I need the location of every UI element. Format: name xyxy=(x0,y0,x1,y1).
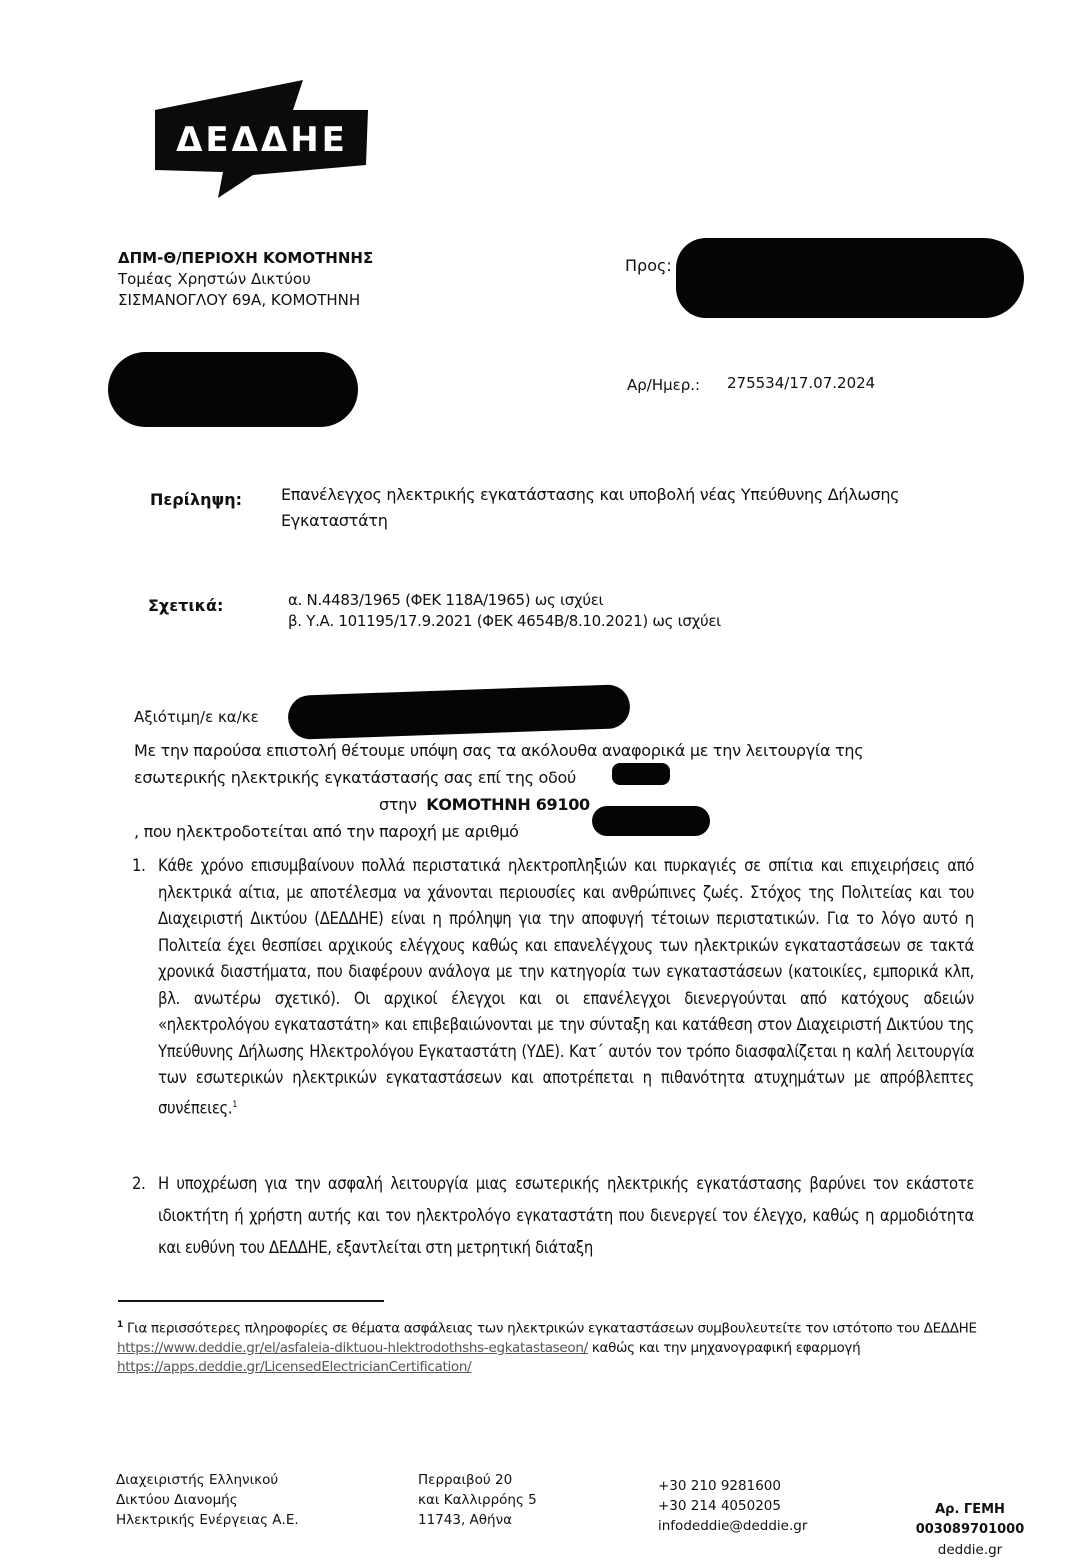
intro-city-line: στην ΚΟΜΟΤΗΝΗ 69100 xyxy=(134,791,994,818)
footnote-ref[interactable]: 1 xyxy=(232,1100,237,1110)
city: ΚΟΜΟΤΗΝΗ 69100 xyxy=(426,795,590,814)
footer-registry: Αρ. ΓΕΜΗ 003089701000 deddie.gr xyxy=(880,1500,1060,1560)
footnote-link-safety[interactable]: https://www.deddie.gr/el/asfaleia-diktuo… xyxy=(117,1340,588,1356)
summary-line-2: Εγκαταστάτη xyxy=(281,508,899,534)
intro-text: Με την παρούσα επιστολή θέτουμε υπόψη σα… xyxy=(134,737,994,845)
sender-address: ΣΙΣΜΑΝΟΓΛΟΥ 69Α, ΚΟΜΟΤΗΝΗ xyxy=(118,290,373,311)
redacted-supply-number xyxy=(592,806,710,836)
redacted-recipient xyxy=(676,238,1024,318)
intro-line-2: εσωτερικής ηλεκτρικής εγκατάστασής σας ε… xyxy=(134,764,994,791)
footer-contact: +30 210 9281600 +30 214 4050205 infodedd… xyxy=(658,1476,807,1536)
intro-line-4: , που ηλεκτροδοτείται από την παροχή με … xyxy=(134,818,994,845)
footer-company-line: Ηλεκτρικής Ενέργειας Α.Ε. xyxy=(116,1510,299,1530)
redacted-name xyxy=(287,684,630,740)
footnote-divider xyxy=(118,1300,384,1302)
summary-text: Επανέλεγχος ηλεκτρικής εγκατάστασης και … xyxy=(281,482,899,534)
sender-department: ΔΠΜ-Θ/ΠΕΡΙΟΧΗ ΚΟΜΟΤΗΝΗΣ xyxy=(118,248,373,269)
redacted-street xyxy=(612,763,670,785)
redacted-sender-info xyxy=(108,352,358,427)
footer-company: Διαχειριστής Ελληνικού Δικτύου Διανομής … xyxy=(116,1470,299,1530)
footnote-link-app[interactable]: https://apps.deddie.gr/LicensedElectrici… xyxy=(117,1359,471,1375)
footer-email[interactable]: infodeddie@deddie.gr xyxy=(658,1516,807,1536)
city-prefix: στην xyxy=(379,795,417,814)
logo-text: ΔΕΔΔΗΕ xyxy=(167,120,357,160)
paragraph-text: Η υποχρέωση για την ασφαλή λειτουργία μι… xyxy=(158,1174,974,1257)
paragraph-number: 1. xyxy=(132,853,145,880)
deddie-logo: ΔΕΔΔΗΕ xyxy=(153,80,368,200)
paragraph-2: 2. Η υποχρέωση για την ασφαλή λειτουργία… xyxy=(158,1168,974,1264)
footer-phone: +30 214 4050205 xyxy=(658,1496,807,1516)
summary-label: Περίληψη: xyxy=(150,490,242,509)
related-label: Σχετικά: xyxy=(148,596,223,615)
sender-sector: Τομέας Χρηστών Δικτύου xyxy=(118,269,373,290)
summary-line-1: Επανέλεγχος ηλεκτρικής εγκατάστασης και … xyxy=(281,482,899,508)
footer-address: Περραιβού 20 και Καλλιρρόης 5 11743, Αθή… xyxy=(418,1470,537,1530)
footer-gemi: Αρ. ΓΕΜΗ 003089701000 xyxy=(880,1500,1060,1540)
footer-address-line: Περραιβού 20 xyxy=(418,1470,537,1490)
intro-line-1: Με την παρούσα επιστολή θέτουμε υπόψη σα… xyxy=(134,737,994,764)
footnote-text: καθώς και την μηχανογραφική εφαρμογή xyxy=(588,1340,861,1356)
footer-company-line: Δικτύου Διανομής xyxy=(116,1490,299,1510)
salutation: Αξιότιμη/ε κα/κε xyxy=(134,708,259,726)
footnote-text: Για περισσότερες πληροφορίες σε θέματα α… xyxy=(123,1321,977,1337)
footnote: 1 Για περισσότερες πληροφορίες σε θέματα… xyxy=(117,1316,977,1377)
footer-phone: +30 210 9281600 xyxy=(658,1476,807,1496)
sender-block: ΔΠΜ-Θ/ΠΕΡΙΟΧΗ ΚΟΜΟΤΗΝΗΣ Τομέας Χρηστών Δ… xyxy=(118,248,373,311)
recipient-label: Προς: xyxy=(625,256,672,275)
footer-company-line: Διαχειριστής Ελληνικού xyxy=(116,1470,299,1490)
footer-address-line: και Καλλιρρόης 5 xyxy=(418,1490,537,1510)
related-item: α. Ν.4483/1965 (ΦΕΚ 118Α/1965) ως ισχύει xyxy=(288,590,721,611)
footer-website[interactable]: deddie.gr xyxy=(880,1540,1060,1560)
intro-street-text: εσωτερικής ηλεκτρικής εγκατάστασής σας ε… xyxy=(134,768,576,787)
related-list: α. Ν.4483/1965 (ΦΕΚ 118Α/1965) ως ισχύει… xyxy=(288,590,721,632)
reference-label: Αρ/Ημερ.: xyxy=(627,376,700,394)
paragraph-1: 1. Κάθε χρόνο επισυμβαίνουν πολλά περιστ… xyxy=(158,853,974,1122)
paragraph-number: 2. xyxy=(132,1168,145,1200)
paragraph-text: Κάθε χρόνο επισυμβαίνουν πολλά περιστατι… xyxy=(158,856,974,1117)
reference-value: 275534/17.07.2024 xyxy=(727,374,875,392)
footer-address-line: 11743, Αθήνα xyxy=(418,1510,537,1530)
related-item: β. Υ.Α. 101195/17.9.2021 (ΦΕΚ 4654Β/8.10… xyxy=(288,611,721,632)
